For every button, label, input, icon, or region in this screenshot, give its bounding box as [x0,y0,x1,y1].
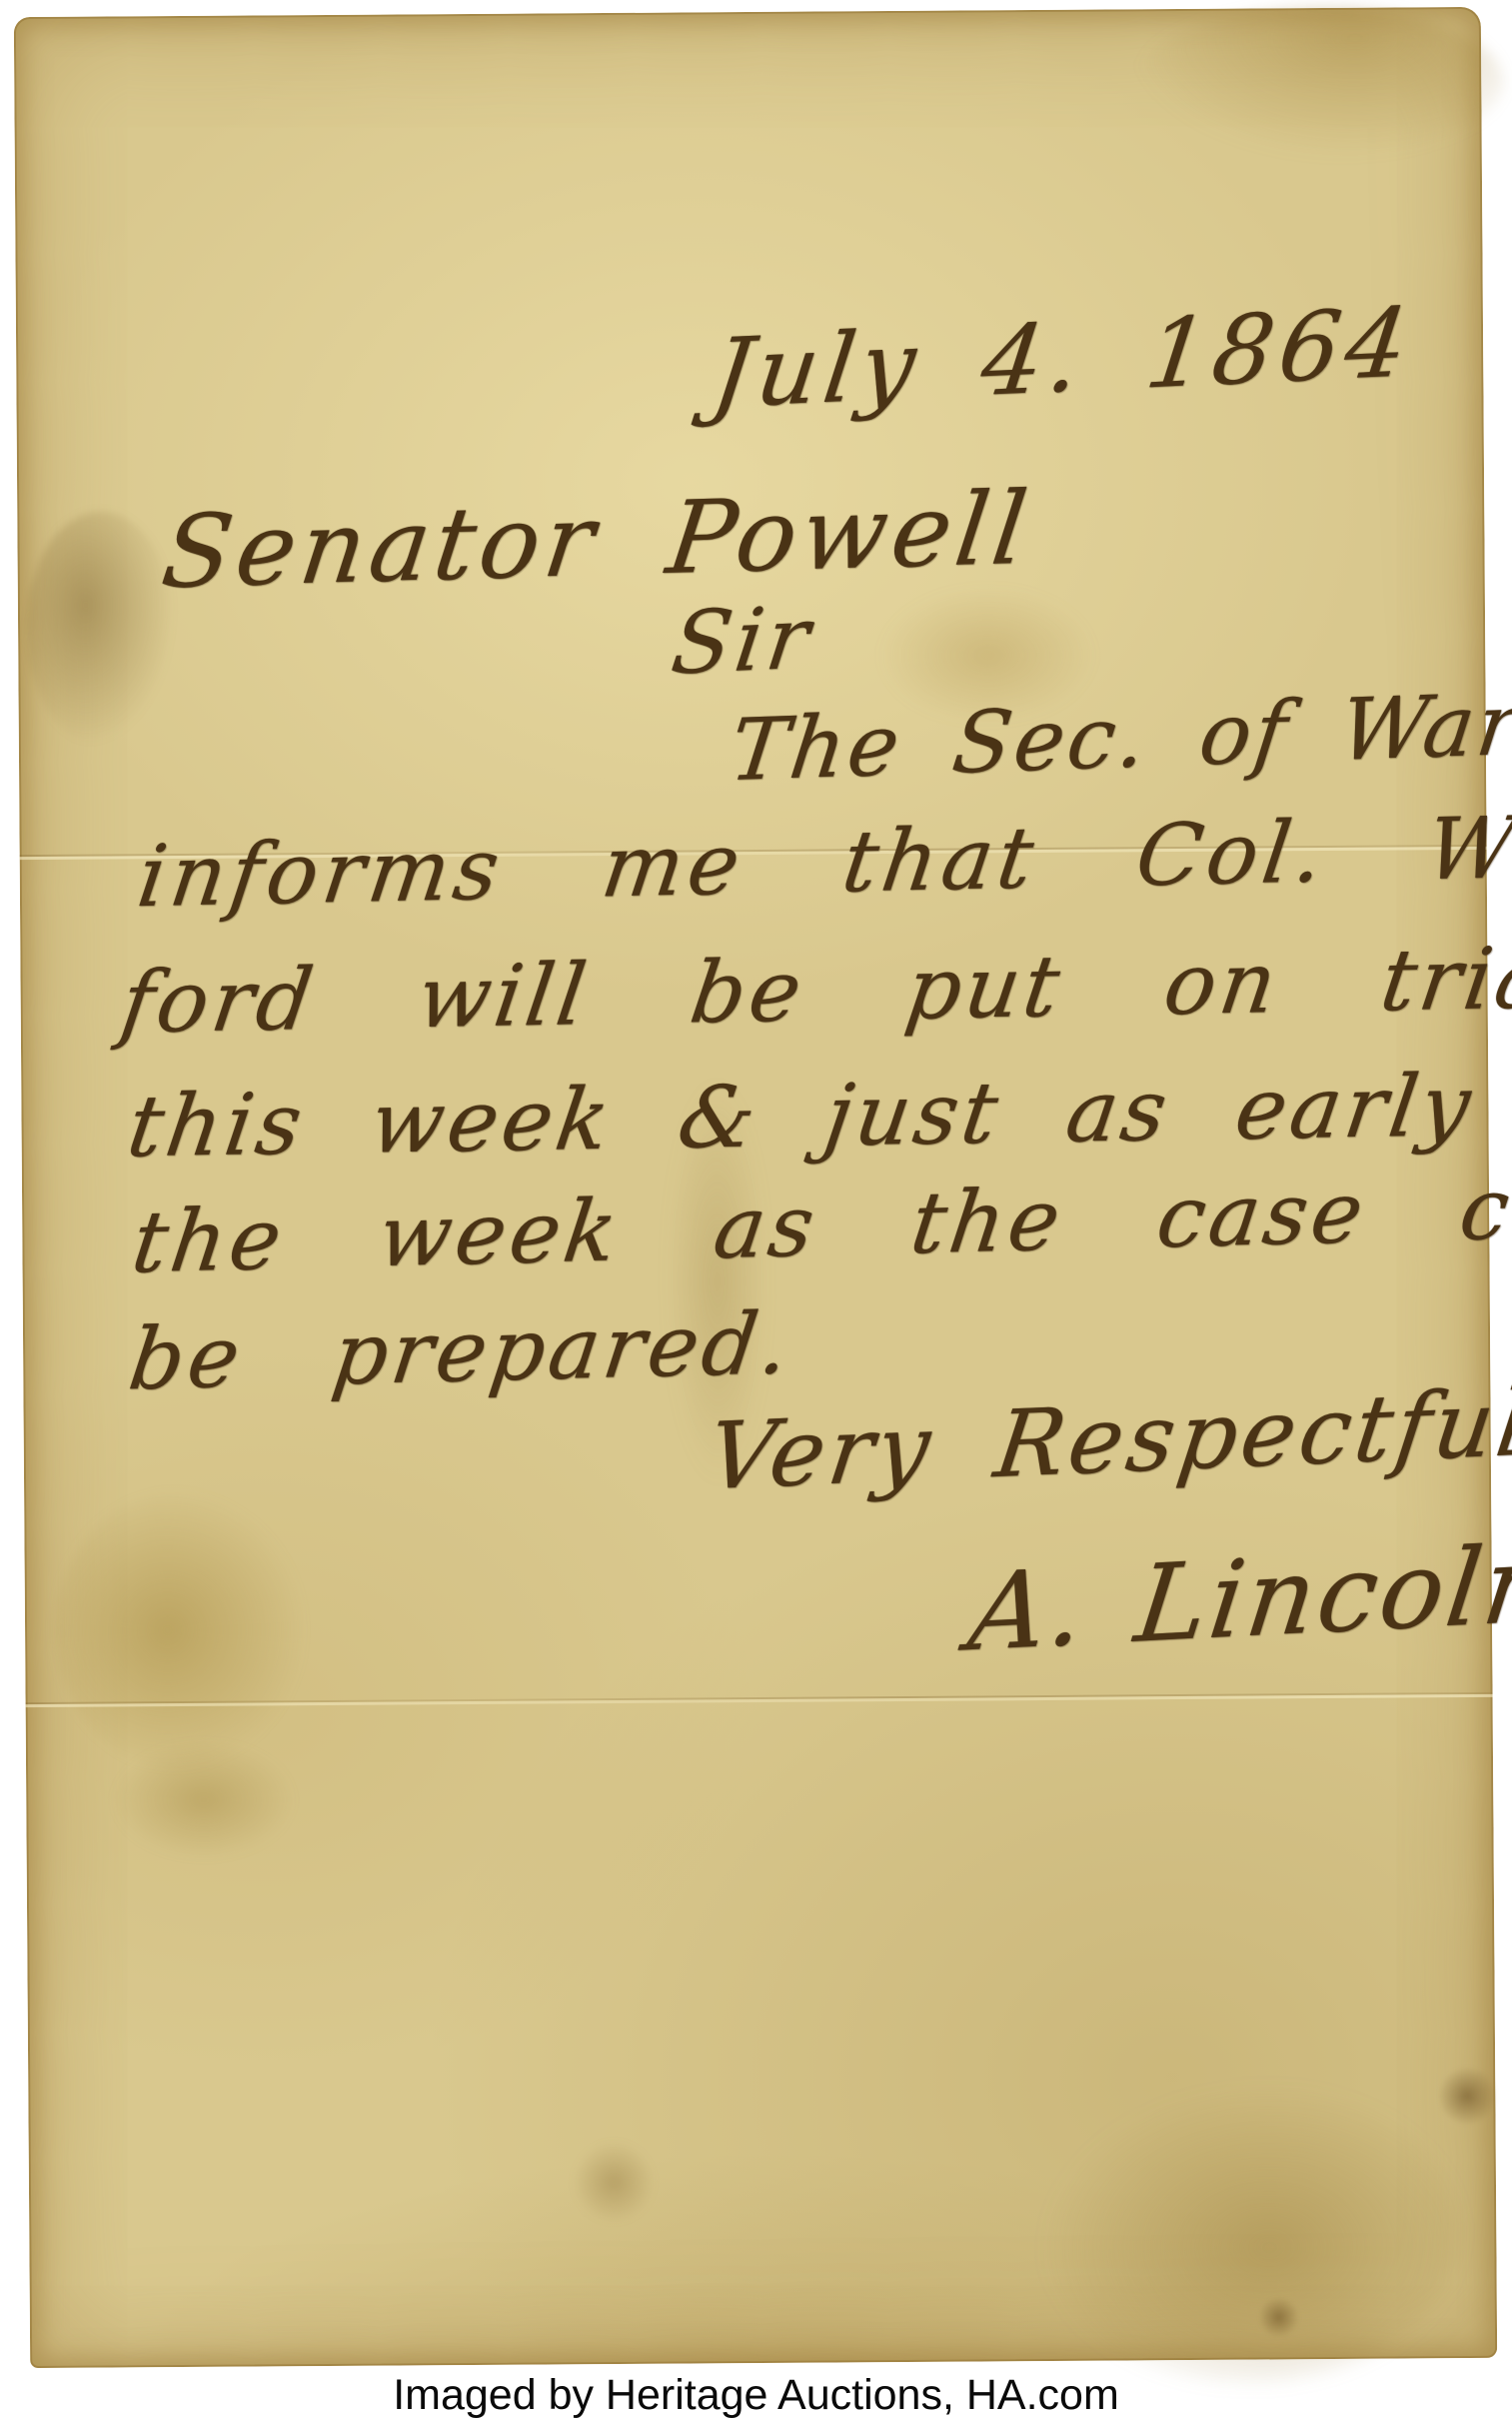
fingerprint-smudge [54,1489,306,1771]
letter-page: July 4. 1864 Senator Powell Sir The Sec.… [14,7,1497,2368]
body-line: this week & just as early in [122,1055,1512,1178]
stain-top-right-edge [1133,7,1504,160]
credit-caption: Imaged by Heritage Auctions, HA.com [0,2371,1512,2419]
stain-bottom-right [1037,2081,1459,2384]
body-line: The Sec. of War [725,676,1512,802]
recipient-line: Senator Powell [156,469,1038,611]
spot-bottom-center [1257,2295,1301,2339]
smudge-left-lower [111,1739,297,1860]
fold-crease-lower [26,1692,1493,1707]
salutation-line: Sir [667,588,819,694]
body-line: the week as the case can [127,1158,1512,1293]
spot-right-edge [1435,2064,1499,2128]
body-line: ford will be put on trial [115,929,1512,1054]
date-line: July 4. 1864 [707,288,1420,431]
stain-left-edge [25,511,177,747]
scanned-letter-image: July 4. 1864 Senator Powell Sir The Sec.… [0,0,1512,2424]
spot-mid-bottom [569,2137,660,2228]
closing-line: Very Respectfully [702,1364,1512,1510]
body-line: informs me that Col. Wool- [132,795,1512,927]
signature-line: A. Lincoln [962,1521,1512,1675]
body-line: be prepared. [124,1294,799,1410]
